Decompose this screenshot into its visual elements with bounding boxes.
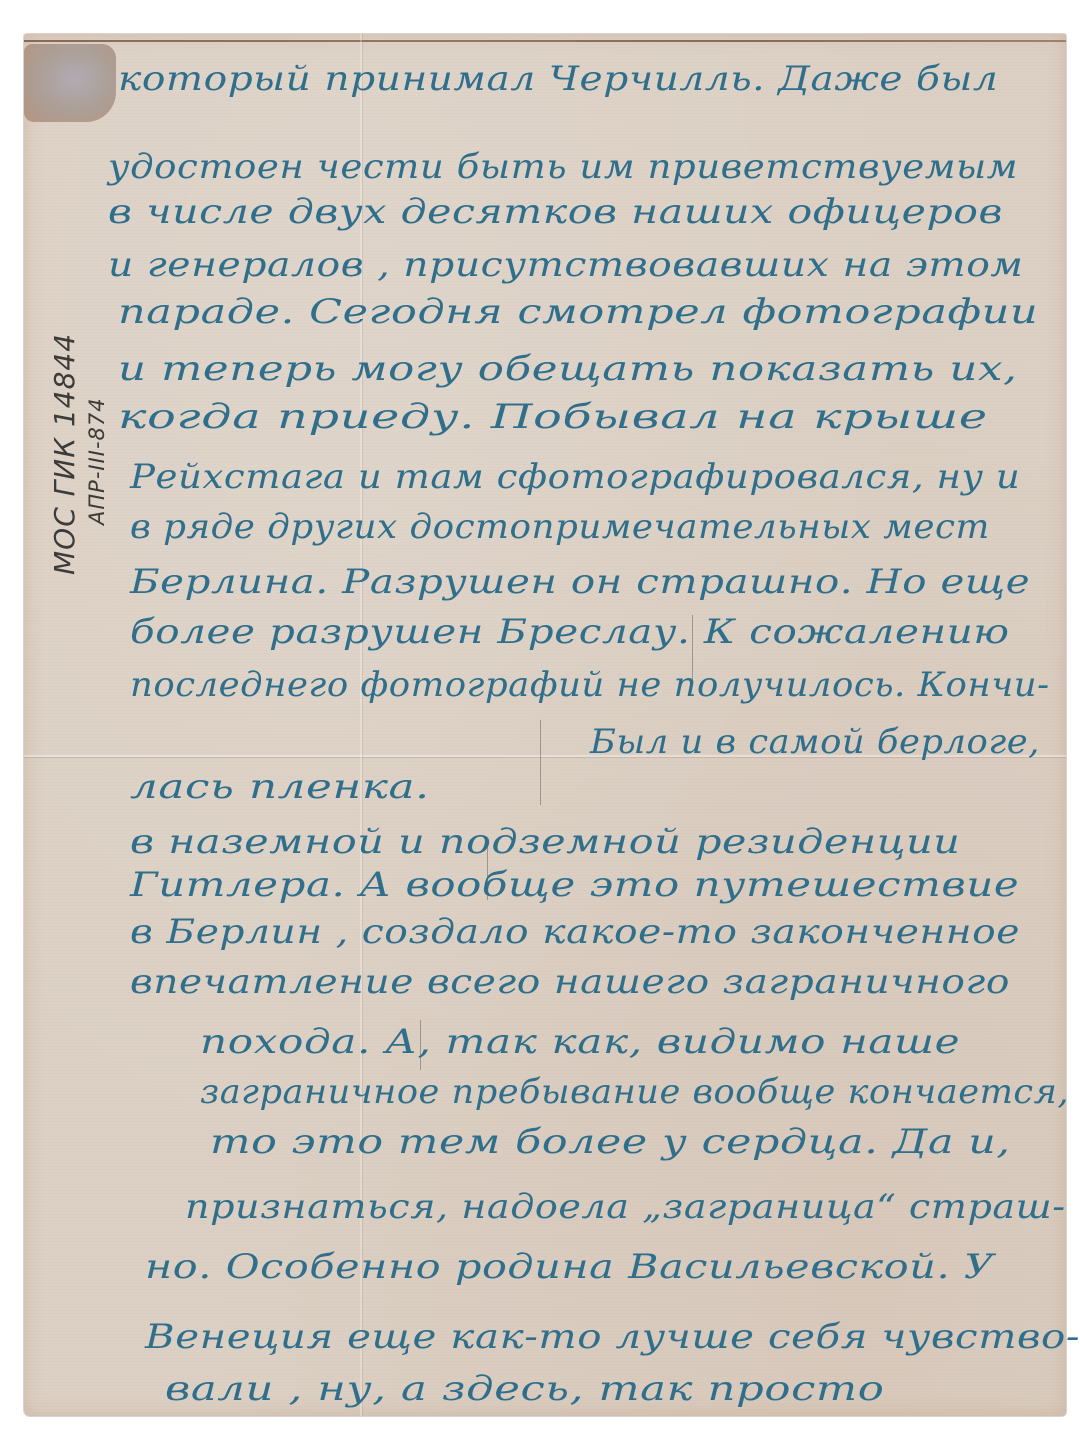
water-stain (24, 44, 116, 122)
letter-line: Был и в самой берлоге, (590, 725, 1040, 759)
letter-line: похода. А, так как, видимо наше (200, 1025, 960, 1059)
letter-line: в числе двух десятков наших офицеров (108, 195, 1003, 229)
letter-line: впечатление всего нашего заграничного (130, 965, 1010, 999)
letter-line: Венеция еще как-то лучше себя чувство- (145, 1320, 1080, 1354)
letter-line: в наземной и подземной резиденции (130, 825, 960, 859)
letter-line: лась пленка. (130, 770, 430, 804)
letter-line: и генералов , присутствовавших на этом (108, 248, 1024, 282)
letter-line: Гитлера. А вообще это путешествие (130, 868, 1019, 902)
letter-line: признаться, надоела „заграница“ страш- (185, 1190, 1066, 1224)
letter-line: в ряде других достопримечательных мест (130, 510, 990, 544)
letter-line: когда приеду. Побывал на крыше (118, 400, 988, 434)
letter-line: Берлина. Разрушен он страшно. Но еще (130, 565, 1030, 599)
letter-line: и теперь могу обещать показать их, (118, 352, 1018, 386)
pencil-bracket-mark (540, 720, 541, 805)
letter-line: параде. Сегодня смотрел фотографии (118, 295, 1038, 329)
letter-line: то это тем более у сердца. Да и, (210, 1125, 1011, 1159)
letter-line: более разрушен Бреслау. К сожалению (130, 615, 1010, 649)
letter-line: последнего фотографий не получилось. Кон… (130, 668, 1050, 702)
letter-line: в Берлин , создало какое-то законченное (130, 915, 1020, 949)
archive-number-line2: АПР-III-874 (85, 397, 109, 525)
archive-number-line1: МОС ГИК 14844 (48, 333, 81, 575)
letter-line: вали , ну, а здесь, так просто (165, 1372, 884, 1406)
letter-line: но. Особенно родина Васильевской. У (145, 1250, 994, 1284)
letter-line: заграничное пребывание вообще кончается, (200, 1075, 1069, 1109)
letter-line: Рейхстага и там сфотографировался, ну и (130, 460, 1020, 494)
letter-line: который принимал Черчилль. Даже был (118, 62, 998, 96)
letter-line: удостоен чести быть им приветствуемым (108, 150, 1018, 184)
